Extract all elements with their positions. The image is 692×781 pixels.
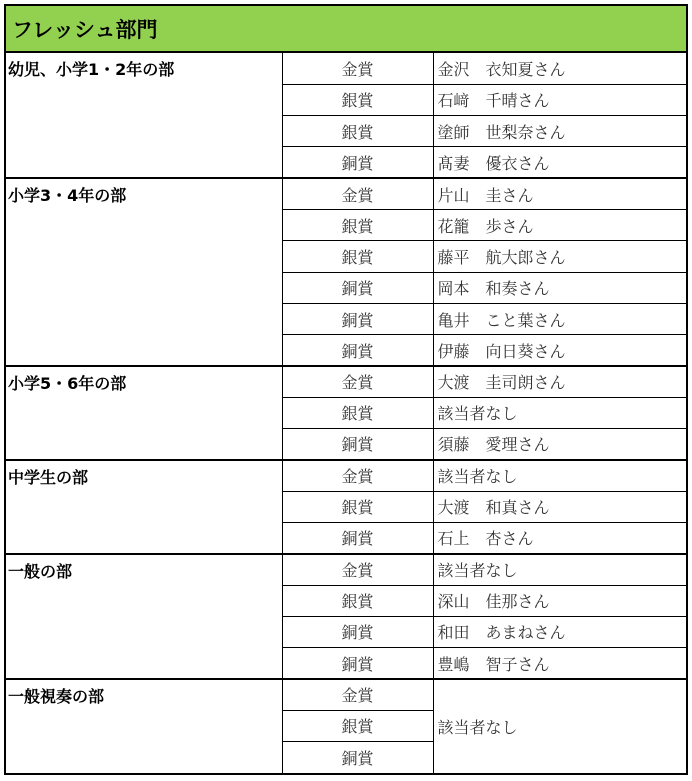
category-label: 中学生の部 bbox=[6, 460, 282, 554]
winner-name: 岡本 和奏さん bbox=[433, 272, 686, 303]
award-cell: 金賞 bbox=[282, 679, 433, 710]
winner-name: 石﨑 千晴さん bbox=[433, 84, 686, 115]
table-row: 中学生の部金賞該当者なし bbox=[6, 460, 686, 491]
winner-name: 亀井 こと葉さん bbox=[433, 303, 686, 334]
winner-name: 藤平 航大郎さん bbox=[433, 241, 686, 272]
winner-name: 大渡 和真さん bbox=[433, 491, 686, 522]
results-sheet: フレッシュ部門 幼児、小学1・2年の部金賞金沢 衣知夏さん銀賞石﨑 千晴さん銀賞… bbox=[4, 4, 688, 775]
winner-name: 伊藤 向日葵さん bbox=[433, 335, 686, 366]
winner-name: 豊嶋 智子さん bbox=[433, 648, 686, 679]
award-cell: 金賞 bbox=[282, 178, 433, 209]
winner-name: 和田 あまねさん bbox=[433, 616, 686, 647]
category-label: 小学3・4年の部 bbox=[6, 178, 282, 366]
winner-name: 髙妻 優衣さん bbox=[433, 147, 686, 178]
table-row: 小学5・6年の部金賞大渡 圭司朗さん bbox=[6, 366, 686, 397]
award-cell: 銀賞 bbox=[282, 84, 433, 115]
award-cell: 銅賞 bbox=[282, 147, 433, 178]
award-cell: 銅賞 bbox=[282, 522, 433, 553]
award-cell: 銅賞 bbox=[282, 429, 433, 460]
award-cell: 銀賞 bbox=[282, 710, 433, 741]
category-label: 一般の部 bbox=[6, 554, 282, 679]
award-cell: 銀賞 bbox=[282, 585, 433, 616]
winner-name: 該当者なし bbox=[433, 554, 686, 585]
award-cell: 銀賞 bbox=[282, 116, 433, 147]
winner-name: 該当者なし bbox=[433, 679, 686, 773]
award-cell: 銅賞 bbox=[282, 335, 433, 366]
winner-name: 大渡 圭司朗さん bbox=[433, 366, 686, 397]
award-cell: 銅賞 bbox=[282, 742, 433, 773]
table-row: 幼児、小学1・2年の部金賞金沢 衣知夏さん bbox=[6, 53, 686, 84]
winner-name: 石上 杏さん bbox=[433, 522, 686, 553]
award-cell: 金賞 bbox=[282, 366, 433, 397]
category-label: 小学5・6年の部 bbox=[6, 366, 282, 460]
award-cell: 銀賞 bbox=[282, 241, 433, 272]
winner-name: 塗師 世梨奈さん bbox=[433, 116, 686, 147]
winner-name: 花籠 歩さん bbox=[433, 209, 686, 240]
section-title: フレッシュ部門 bbox=[6, 6, 686, 53]
winner-name: 金沢 衣知夏さん bbox=[433, 53, 686, 84]
winner-name: 深山 佳那さん bbox=[433, 585, 686, 616]
winner-name: 片山 圭さん bbox=[433, 178, 686, 209]
award-cell: 金賞 bbox=[282, 554, 433, 585]
award-cell: 銅賞 bbox=[282, 272, 433, 303]
category-label: 幼児、小学1・2年の部 bbox=[6, 53, 282, 178]
award-cell: 銅賞 bbox=[282, 616, 433, 647]
award-cell: 金賞 bbox=[282, 53, 433, 84]
table-row: 小学3・4年の部金賞片山 圭さん bbox=[6, 178, 686, 209]
award-cell: 銅賞 bbox=[282, 648, 433, 679]
table-row: 一般視奏の部金賞該当者なし bbox=[6, 679, 686, 710]
award-cell: 銀賞 bbox=[282, 491, 433, 522]
winner-name: 須藤 愛理さん bbox=[433, 429, 686, 460]
results-table: 幼児、小学1・2年の部金賞金沢 衣知夏さん銀賞石﨑 千晴さん銀賞塗師 世梨奈さん… bbox=[6, 53, 686, 773]
award-cell: 銀賞 bbox=[282, 209, 433, 240]
award-cell: 銅賞 bbox=[282, 303, 433, 334]
winner-name: 該当者なし bbox=[433, 460, 686, 491]
award-cell: 銀賞 bbox=[282, 397, 433, 428]
award-cell: 金賞 bbox=[282, 460, 433, 491]
category-label: 一般視奏の部 bbox=[6, 679, 282, 773]
winner-name: 該当者なし bbox=[433, 397, 686, 428]
table-row: 一般の部金賞該当者なし bbox=[6, 554, 686, 585]
